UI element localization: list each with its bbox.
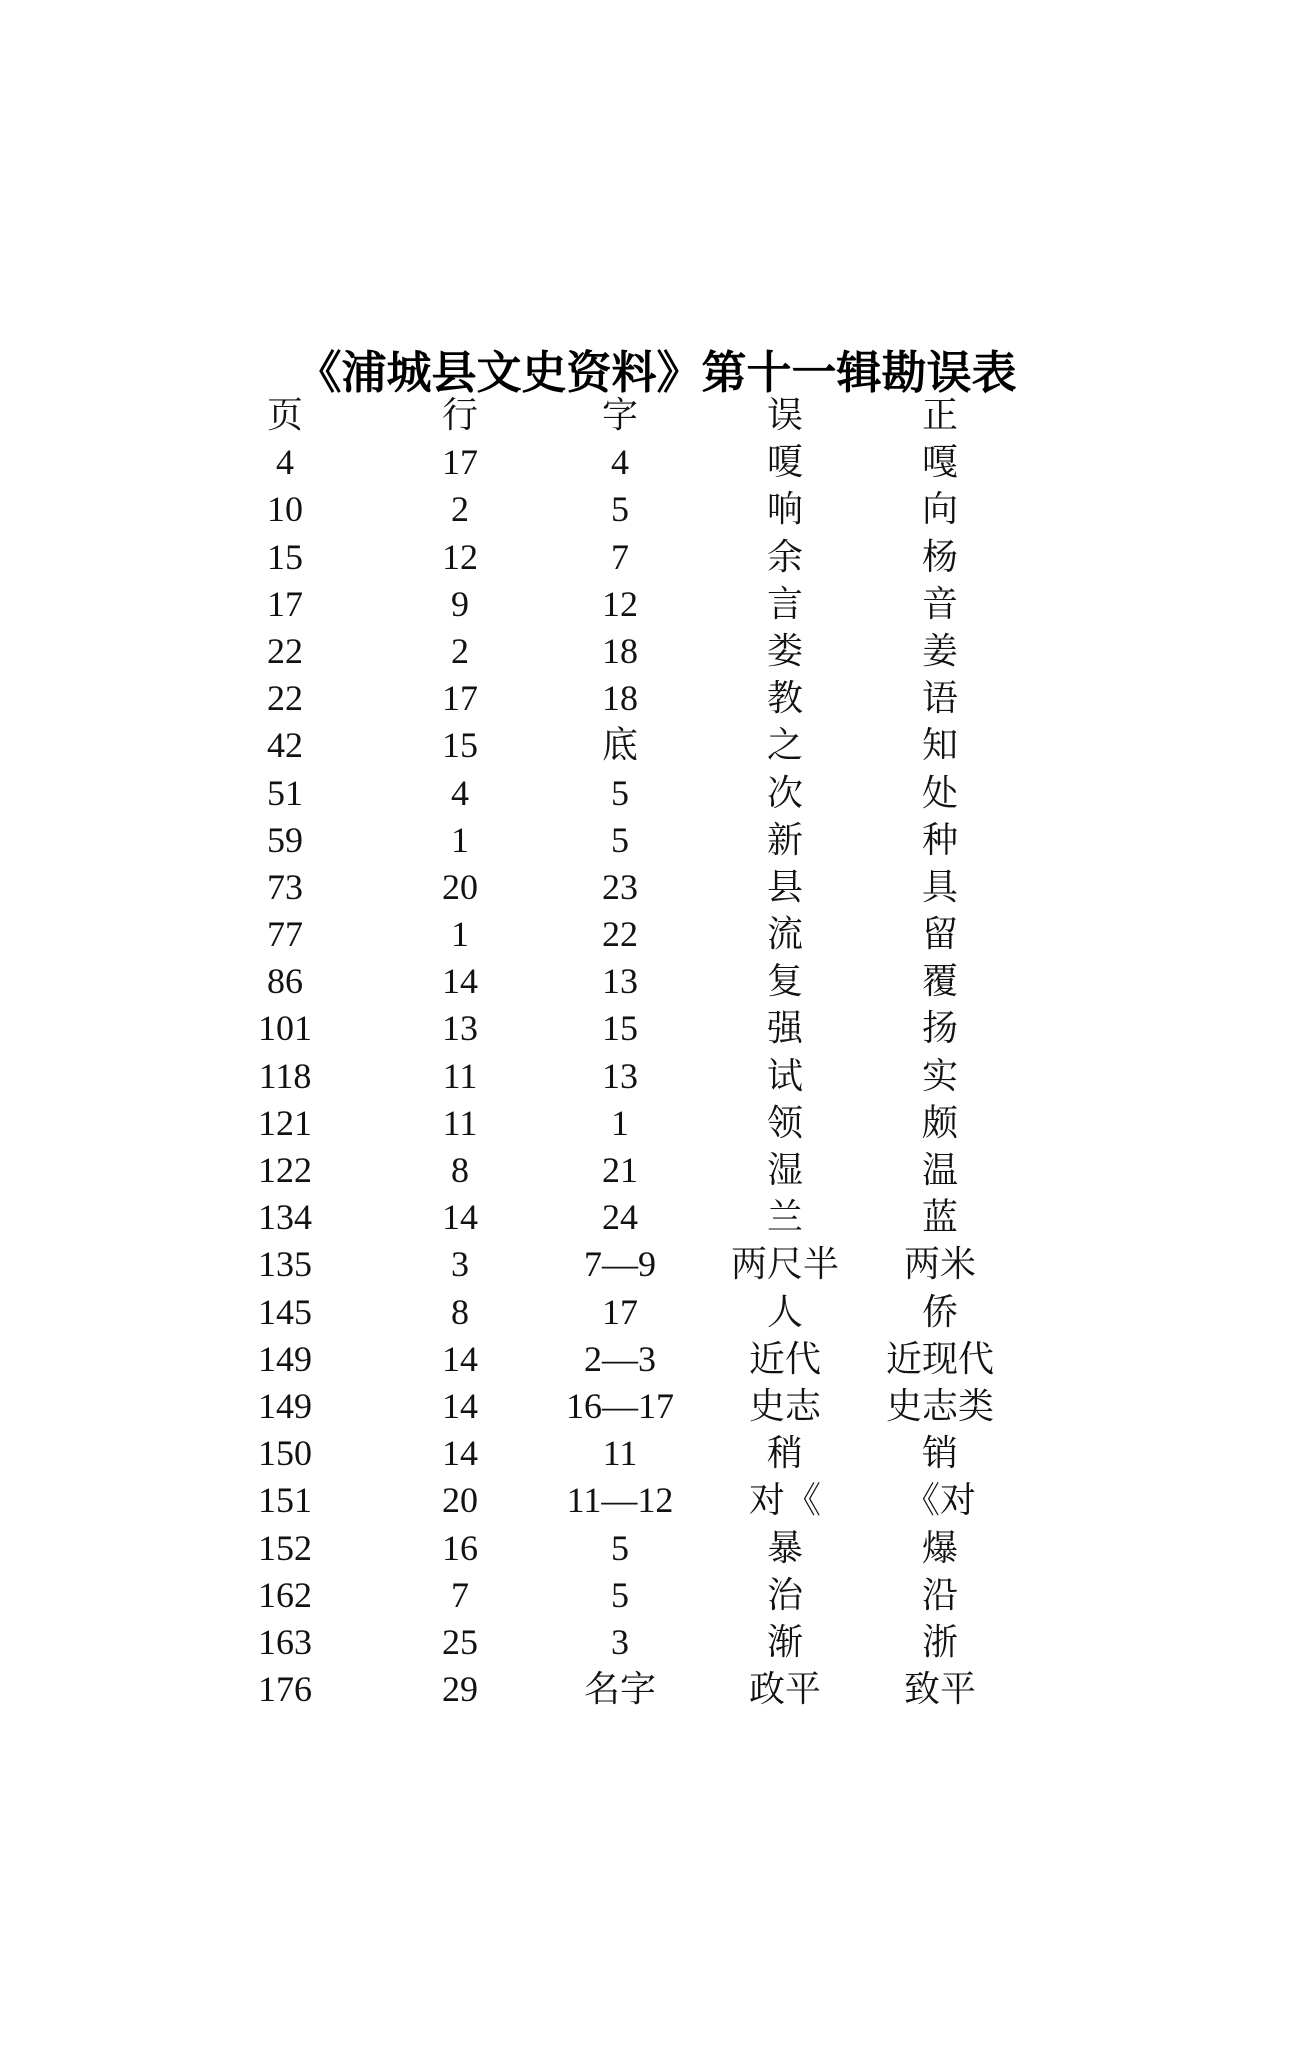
table-cell: 嗄 — [710, 439, 860, 486]
table-cell: 23 — [530, 864, 710, 911]
table-cell: 122 — [180, 1147, 390, 1194]
table-cell: 8 — [390, 1147, 530, 1194]
table-cell: 145 — [180, 1289, 390, 1336]
table-cell: 77 — [180, 911, 390, 958]
table-cell: 音 — [860, 581, 1020, 628]
table-row: 732023县具 — [180, 864, 1020, 911]
table-row: 16275治沿 — [180, 1572, 1020, 1619]
table-cell: 5 — [530, 1572, 710, 1619]
table-cell: 4 — [390, 770, 530, 817]
table-cell: 7 — [390, 1572, 530, 1619]
table-cell: 135 — [180, 1241, 390, 1288]
table-cell: 86 — [180, 958, 390, 1005]
table-cell: 名字 — [530, 1666, 710, 1713]
table-cell: 颇 — [860, 1100, 1020, 1147]
table-cell: 之 — [710, 722, 860, 769]
table-row: 221718教语 — [180, 675, 1020, 722]
table-cell: 言 — [710, 581, 860, 628]
table-cell: 1 — [390, 817, 530, 864]
table-cell: 实 — [860, 1053, 1020, 1100]
table-cell: 对《 — [710, 1477, 860, 1524]
table-cell: 杨 — [860, 534, 1020, 581]
table-cell: 10 — [180, 486, 390, 533]
table-cell: 11 — [530, 1430, 710, 1477]
table-cell: 150 — [180, 1430, 390, 1477]
table-cell: 湿 — [710, 1147, 860, 1194]
table-cell: 致平 — [860, 1666, 1020, 1713]
table-cell: 118 — [180, 1053, 390, 1100]
table-cell: 24 — [530, 1194, 710, 1241]
table-cell: 9 — [390, 581, 530, 628]
table-cell: 新 — [710, 817, 860, 864]
table-cell: 13 — [530, 1053, 710, 1100]
table-cell: 22 — [180, 628, 390, 675]
scanned-document-page: 《浦城县文史资料》第十一辑勘误表 页 行 字 误 正 4174嗄嘎1025响向1… — [0, 0, 1313, 2062]
table-cell: 处 — [860, 770, 1020, 817]
table-cell: 149 — [180, 1336, 390, 1383]
table-cell: 14 — [390, 1194, 530, 1241]
table-cell: 4 — [530, 439, 710, 486]
table-header-row: 页 行 字 误 正 — [180, 392, 1020, 439]
table-cell: 近现代 — [860, 1336, 1020, 1383]
column-header-character: 字 — [530, 392, 710, 439]
table-cell: 两尺半 — [710, 1241, 860, 1288]
table-cell: 7—9 — [530, 1241, 710, 1288]
table-cell: 14 — [390, 1336, 530, 1383]
table-cell: 176 — [180, 1666, 390, 1713]
table-cell: 16 — [390, 1525, 530, 1572]
table-cell: 121 — [180, 1100, 390, 1147]
table-cell: 20 — [390, 1477, 530, 1524]
table-cell: 7 — [530, 534, 710, 581]
table-row: 17912言音 — [180, 581, 1020, 628]
table-cell: 14 — [390, 1383, 530, 1430]
table-cell: 治 — [710, 1572, 860, 1619]
table-cell: 11 — [390, 1100, 530, 1147]
table-cell: 覆 — [860, 958, 1020, 1005]
table-cell: 15 — [530, 1005, 710, 1052]
table-cell: 73 — [180, 864, 390, 911]
table-cell: 151 — [180, 1477, 390, 1524]
table-cell: 试 — [710, 1053, 860, 1100]
table-cell: 蓝 — [860, 1194, 1020, 1241]
table-cell: 21 — [530, 1147, 710, 1194]
table-cell: 史志 — [710, 1383, 860, 1430]
table-row: 1512011—12对《《对 — [180, 1477, 1020, 1524]
table-cell: 17 — [390, 675, 530, 722]
table-cell: 姜 — [860, 628, 1020, 675]
table-row: 1491416—17史志史志类 — [180, 1383, 1020, 1430]
column-header-correct: 正 — [860, 392, 1020, 439]
table-cell: 复 — [710, 958, 860, 1005]
table-cell: 强 — [710, 1005, 860, 1052]
table-cell: 3 — [390, 1241, 530, 1288]
table-cell: 侨 — [860, 1289, 1020, 1336]
table-cell: 22 — [180, 675, 390, 722]
table-row: 1501411稍销 — [180, 1430, 1020, 1477]
column-header-page: 页 — [180, 392, 390, 439]
table-cell: 近代 — [710, 1336, 860, 1383]
table-cell: 2 — [390, 628, 530, 675]
errata-table: 页 行 字 误 正 4174嗄嘎1025响向15127余杨17912言音2221… — [180, 392, 1020, 1713]
table-cell: 3 — [530, 1619, 710, 1666]
table-cell: 《对 — [860, 1477, 1020, 1524]
table-cell: 15 — [390, 722, 530, 769]
table-cell: 底 — [530, 722, 710, 769]
table-cell: 14 — [390, 1430, 530, 1477]
table-cell: 知 — [860, 722, 1020, 769]
table-row: 5145次处 — [180, 770, 1020, 817]
table-cell: 17 — [390, 439, 530, 486]
table-cell: 22 — [530, 911, 710, 958]
table-cell: 8 — [390, 1289, 530, 1336]
table-row: 22218娄姜 — [180, 628, 1020, 675]
table-cell: 134 — [180, 1194, 390, 1241]
table-cell: 种 — [860, 817, 1020, 864]
table-cell: 1 — [390, 911, 530, 958]
table-cell: 11 — [390, 1053, 530, 1100]
table-cell: 101 — [180, 1005, 390, 1052]
table-row: 5915新种 — [180, 817, 1020, 864]
table-row: 122821湿温 — [180, 1147, 1020, 1194]
table-cell: 18 — [530, 675, 710, 722]
table-row: 1341424兰蓝 — [180, 1194, 1020, 1241]
table-cell: 12 — [530, 581, 710, 628]
table-row: 13537—9两尺半两米 — [180, 1241, 1020, 1288]
table-cell: 162 — [180, 1572, 390, 1619]
table-cell: 具 — [860, 864, 1020, 911]
table-cell: 次 — [710, 770, 860, 817]
table-cell: 留 — [860, 911, 1020, 958]
table-cell: 流 — [710, 911, 860, 958]
table-cell: 扬 — [860, 1005, 1020, 1052]
table-cell: 爆 — [860, 1525, 1020, 1572]
table-row: 1181113试实 — [180, 1053, 1020, 1100]
table-cell: 14 — [390, 958, 530, 1005]
table-cell: 17 — [180, 581, 390, 628]
table-cell: 25 — [390, 1619, 530, 1666]
table-row: 4215底之知 — [180, 722, 1020, 769]
table-cell: 13 — [530, 958, 710, 1005]
table-cell: 沿 — [860, 1572, 1020, 1619]
table-cell: 暴 — [710, 1525, 860, 1572]
table-cell: 29 — [390, 1666, 530, 1713]
table-cell: 15 — [180, 534, 390, 581]
table-cell: 向 — [860, 486, 1020, 533]
table-cell: 稍 — [710, 1430, 860, 1477]
table-row: 15127余杨 — [180, 534, 1020, 581]
table-cell: 语 — [860, 675, 1020, 722]
table-cell: 12 — [390, 534, 530, 581]
table-row: 149142—3近代近现代 — [180, 1336, 1020, 1383]
table-row: 861413复覆 — [180, 958, 1020, 1005]
table-cell: 17 — [530, 1289, 710, 1336]
table-row: 152165暴爆 — [180, 1525, 1020, 1572]
table-cell: 18 — [530, 628, 710, 675]
table-cell: 20 — [390, 864, 530, 911]
table-cell: 渐 — [710, 1619, 860, 1666]
table-cell: 16—17 — [530, 1383, 710, 1430]
table-cell: 史志类 — [860, 1383, 1020, 1430]
table-row: 4174嗄嘎 — [180, 439, 1020, 486]
table-cell: 响 — [710, 486, 860, 533]
table-cell: 152 — [180, 1525, 390, 1572]
table-cell: 浙 — [860, 1619, 1020, 1666]
table-cell: 13 — [390, 1005, 530, 1052]
table-cell: 县 — [710, 864, 860, 911]
table-cell: 149 — [180, 1383, 390, 1430]
table-row: 17629名字政平致平 — [180, 1666, 1020, 1713]
table-row: 121111领颇 — [180, 1100, 1020, 1147]
table-cell: 销 — [860, 1430, 1020, 1477]
table-cell: 42 — [180, 722, 390, 769]
table-cell: 两米 — [860, 1241, 1020, 1288]
table-body: 4174嗄嘎1025响向15127余杨17912言音22218娄姜221718教… — [180, 439, 1020, 1713]
table-cell: 2—3 — [530, 1336, 710, 1383]
table-cell: 59 — [180, 817, 390, 864]
column-header-line: 行 — [390, 392, 530, 439]
table-cell: 领 — [710, 1100, 860, 1147]
table-cell: 1 — [530, 1100, 710, 1147]
table-cell: 2 — [390, 486, 530, 533]
table-cell: 5 — [530, 1525, 710, 1572]
table-row: 77122流留 — [180, 911, 1020, 958]
table-cell: 11—12 — [530, 1477, 710, 1524]
table-cell: 余 — [710, 534, 860, 581]
table-row: 145817人侨 — [180, 1289, 1020, 1336]
table-cell: 5 — [530, 486, 710, 533]
column-header-error: 误 — [710, 392, 860, 439]
table-cell: 163 — [180, 1619, 390, 1666]
table-row: 1011315强扬 — [180, 1005, 1020, 1052]
table-cell: 5 — [530, 817, 710, 864]
table-row: 163253渐浙 — [180, 1619, 1020, 1666]
table-cell: 人 — [710, 1289, 860, 1336]
table-cell: 兰 — [710, 1194, 860, 1241]
table-cell: 嘎 — [860, 439, 1020, 486]
table-row: 1025响向 — [180, 486, 1020, 533]
table-cell: 娄 — [710, 628, 860, 675]
table-cell: 5 — [530, 770, 710, 817]
table-cell: 51 — [180, 770, 390, 817]
table-cell: 教 — [710, 675, 860, 722]
table-cell: 4 — [180, 439, 390, 486]
table-cell: 政平 — [710, 1666, 860, 1713]
table-cell: 温 — [860, 1147, 1020, 1194]
